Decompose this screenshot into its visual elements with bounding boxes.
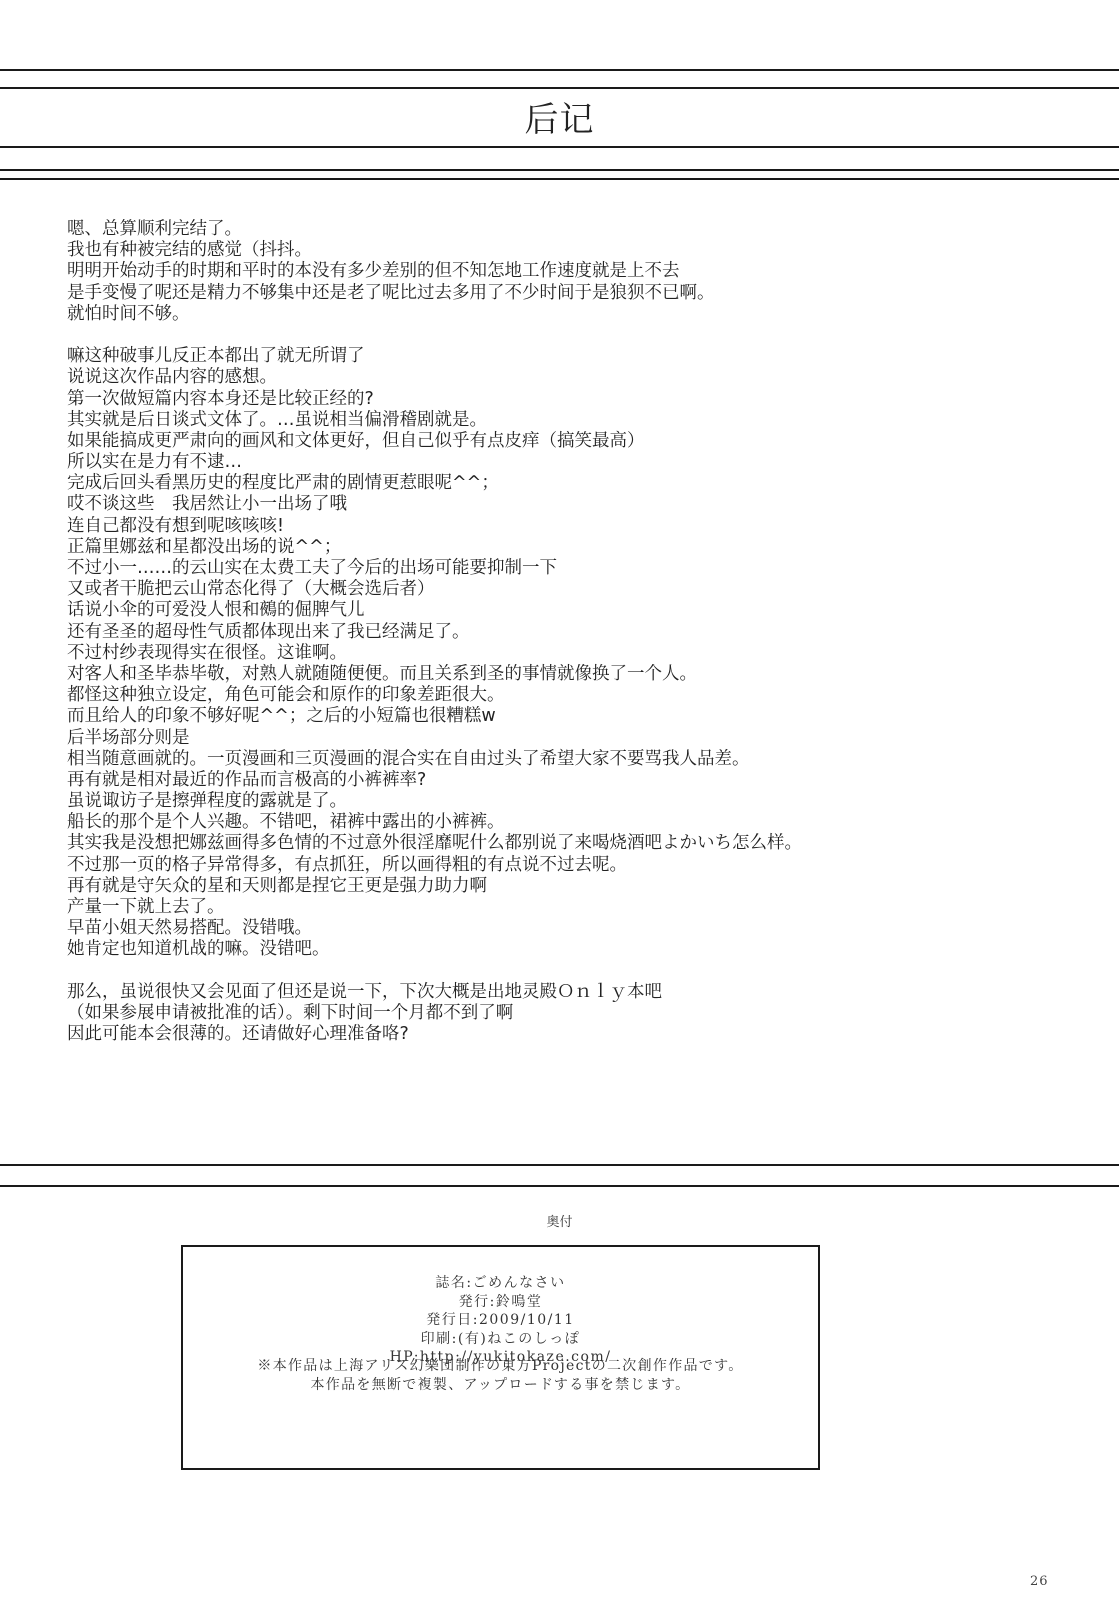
- header-rule-bottom-2: [0, 169, 1119, 171]
- afterword-line: 不过小一……的云山实在太费工夫了今后的出场可能要抑制一下: [67, 558, 1067, 579]
- notice-line: 本作品を無断で複製、アップロードする事を禁じます。: [183, 1376, 818, 1395]
- colophon-title-entry: 誌名:ごめんなさい: [183, 1274, 818, 1293]
- header-rule-bottom-1: [0, 146, 1119, 148]
- afterword-line: 正篇里娜兹和星都没出场的说^^；: [67, 537, 1067, 558]
- afterword-line: 后半场部分则是: [67, 728, 1067, 749]
- colophon-box: 誌名:ごめんなさい 発行:鈴鳴堂 発行日:2009/10/11 印刷:(有)ねこ…: [181, 1245, 820, 1470]
- paragraph-gap: [67, 961, 1067, 982]
- afterword-line: 嘛这种破事儿反正本都出了就无所谓了: [67, 346, 1067, 367]
- afterword-line: 所以实在是力有不逮…: [67, 452, 1067, 473]
- afterword-line: 早苗小姐天然易搭配。没错哦。: [67, 918, 1067, 939]
- afterword-line: 因此可能本会很薄的。还请做好心理准备咯?: [67, 1024, 1067, 1045]
- colophon-rule-1: [0, 1164, 1119, 1166]
- afterword-line: 是手变慢了呢还是精力不够集中还是老了呢比过去多用了不少时间于是狼狈不已啊。: [67, 283, 1067, 304]
- colophon-rule-2: [0, 1185, 1119, 1187]
- colophon-date-entry: 発行日:2009/10/11: [183, 1311, 818, 1330]
- afterword-line: 那么，虽说很快又会见面了但还是说一下，下次大概是出地灵殿Ｏｎｌｙ本吧: [67, 982, 1067, 1003]
- afterword-line: 对客人和圣毕恭毕敬，对熟人就随随便便。而且关系到圣的事情就像换了一个人。: [67, 664, 1067, 685]
- afterword-line: 说说这次作品内容的感想。: [67, 367, 1067, 388]
- colophon-heading: 奥付: [0, 1211, 1119, 1230]
- afterword-line: 其实就是后日谈式文体了。…虽说相当偏滑稽剧就是。: [67, 410, 1067, 431]
- page-title: 后记: [0, 92, 1119, 141]
- afterword-line: 产量一下就上去了。: [67, 897, 1067, 918]
- afterword-line: 就怕时间不够。: [67, 304, 1067, 325]
- afterword-line: （如果参展申请被批准的话）。剩下时间一个月都不到了啊: [67, 1003, 1067, 1024]
- afterword-line: 完成后回头看黑历史的程度比严肃的剧情更惹眼呢^^；: [67, 473, 1067, 494]
- afterword-line: 其实我是没想把娜兹画得多色情的不过意外很淫靡呢什么都别说了来喝烧酒吧よかいち怎么…: [67, 833, 1067, 854]
- afterword-line: 又或者干脆把云山常态化得了（大概会选后者）: [67, 579, 1067, 600]
- afterword-line: 还有圣圣的超母性气质都体现出来了我已经满足了。: [67, 622, 1067, 643]
- afterword-line: 明明开始动手的时期和平时的本没有多少差别的但不知怎地工作速度就是上不去: [67, 261, 1067, 282]
- afterword-line: 再有就是守矢众的星和天则都是捏它王更是强力助力啊: [67, 876, 1067, 897]
- colophon-publisher-entry: 発行:鈴鳴堂: [183, 1293, 818, 1312]
- colophon-printer-entry: 印刷:(有)ねこのしっぽ: [183, 1330, 818, 1349]
- page-number: 26: [1030, 1574, 1049, 1589]
- afterword-line: 而且给人的印象不够好呢^^；之后的小短篇也很糟糕w: [67, 706, 1067, 727]
- afterword-body: 嗯、总算顺利完结了。 我也有种被完结的感觉（抖抖。 明明开始动手的时期和平时的本…: [67, 219, 1067, 1045]
- afterword-line: 我也有种被完结的感觉（抖抖。: [67, 240, 1067, 261]
- notice-line: ※本作品は上海アリス幻樂団制作の東方Projectの二次創作作品です。: [183, 1357, 818, 1376]
- afterword-line: 再有就是相对最近的作品而言极高的小裤裤率?: [67, 770, 1067, 791]
- afterword-line: 连自己都没有想到呢咳咳咳!: [67, 516, 1067, 537]
- afterword-line: 第一次做短篇内容本身还是比较正经的?: [67, 389, 1067, 410]
- afterword-line: 相当随意画就的。一页漫画和三页漫画的混合实在自由过头了希望大家不要骂我人品差。: [67, 749, 1067, 770]
- afterword-line: 船长的那个是个人兴趣。不错吧，裙裤中露出的小裤裤。: [67, 812, 1067, 833]
- afterword-line: 她肯定也知道机战的嘛。没错吧。: [67, 939, 1067, 960]
- afterword-line: 哎不谈这些 我居然让小一出场了哦: [67, 494, 1067, 515]
- header-rule-bottom-3: [0, 178, 1119, 180]
- header-rule-top-2: [0, 87, 1119, 89]
- afterword-line: 话说小伞的可爱没人恨和鵺的倔脾气儿: [67, 600, 1067, 621]
- afterword-line: 都怪这种独立设定，角色可能会和原作的印象差距很大。: [67, 685, 1067, 706]
- colophon-notice: ※本作品は上海アリス幻樂団制作の東方Projectの二次創作作品です。 本作品を…: [183, 1357, 818, 1394]
- header-rule-top-1: [0, 69, 1119, 71]
- colophon-entries: 誌名:ごめんなさい 発行:鈴鳴堂 発行日:2009/10/11 印刷:(有)ねこ…: [183, 1274, 818, 1367]
- afterword-line: 嗯、总算顺利完结了。: [67, 219, 1067, 240]
- afterword-line: 不过那一页的格子异常得多，有点抓狂，所以画得粗的有点说不过去呢。: [67, 855, 1067, 876]
- paragraph-gap: [67, 325, 1067, 346]
- afterword-line: 不过村纱表现得实在很怪。这谁啊。: [67, 643, 1067, 664]
- afterword-line: 如果能搞成更严肃向的画风和文体更好，但自己似乎有点皮痒（搞笑最高）: [67, 431, 1067, 452]
- afterword-line: 虽说诹访子是擦弹程度的露就是了。: [67, 791, 1067, 812]
